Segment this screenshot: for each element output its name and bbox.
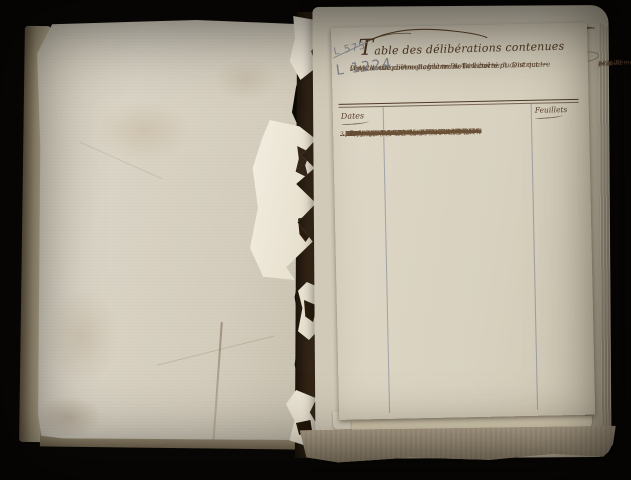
- archival-cote: L 1224: [335, 56, 393, 79]
- book-block-edge: [300, 426, 616, 464]
- table-rows: 3 avril 1792Démission de Mr Jacquesse1er…: [337, 123, 583, 128]
- edge-fragment: cent: [598, 58, 613, 69]
- page-edge-texture: [300, 426, 616, 464]
- column-divider: [383, 107, 390, 413]
- column-divider: [531, 104, 538, 410]
- archival-book-photo: M. à M — y Guillemette — à — cent Table …: [0, 0, 631, 480]
- header-swash: [535, 113, 563, 119]
- column-header-feuillets: Feuillets: [535, 105, 568, 115]
- row-folio: 7: [337, 129, 371, 138]
- table-of-contents-sheet: Table des délibérations contenues Dans l…: [331, 23, 595, 420]
- fore-edge-page-layers: [599, 23, 612, 439]
- header-swash: [341, 119, 369, 125]
- column-header-dates: Dates: [341, 111, 364, 120]
